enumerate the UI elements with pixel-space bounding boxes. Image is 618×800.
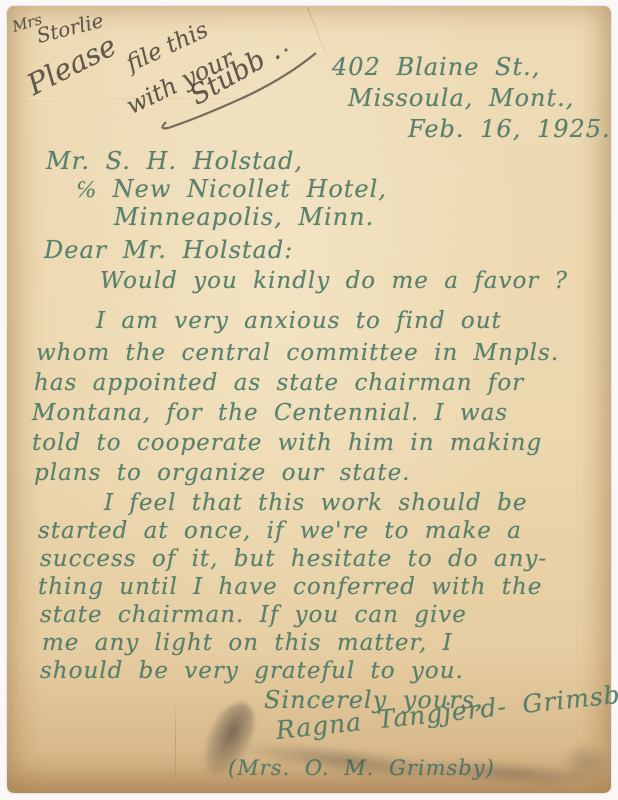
body-line: Would you kindly do me a favor ? <box>100 268 568 294</box>
body-line: I am very anxious to find out <box>96 308 502 334</box>
body-line: whom the central committee in Mnpls. <box>36 340 559 366</box>
body-line: has appointed as state chairman for <box>34 370 524 396</box>
body-line: plans to organize our state. <box>34 460 411 486</box>
body-line: I feel that this work should be <box>104 490 527 516</box>
body-line: should be very grateful to you. <box>40 658 464 684</box>
paper-crease <box>175 694 176 794</box>
recipient-city: Minneapolis, Minn. <box>114 203 374 231</box>
body-line: success of it, but hesitate to do any- <box>40 546 547 572</box>
body-line: state chairman. If you can give <box>40 602 467 628</box>
body-line: Montana, for the Centennial. I was <box>32 400 508 426</box>
date-line: Feb. 16, 1925. <box>408 115 611 143</box>
salutation: Dear Mr. Holstad: <box>44 236 293 264</box>
address-line-city: Missoula, Mont., <box>348 84 574 112</box>
recipient-hotel: ℅ New Nicollet Hotel, <box>76 175 387 204</box>
recipient-name: Mr. S. H. Holstad, <box>46 147 303 175</box>
body-line: told to cooperate with him in making <box>32 430 542 456</box>
body-line: started at once, if we're to make a <box>38 518 522 544</box>
body-line: thing until I have conferred with the <box>38 574 542 600</box>
paper-crease <box>307 8 334 73</box>
body-line: me any light on this matter, I <box>42 630 453 656</box>
address-line-street: 402 Blaine St., <box>332 53 540 81</box>
signature-note: (Mrs. O. M. Grimsby) <box>228 756 495 780</box>
scanned-letter-page: { "document_type": "handwritten letter",… <box>0 0 618 800</box>
